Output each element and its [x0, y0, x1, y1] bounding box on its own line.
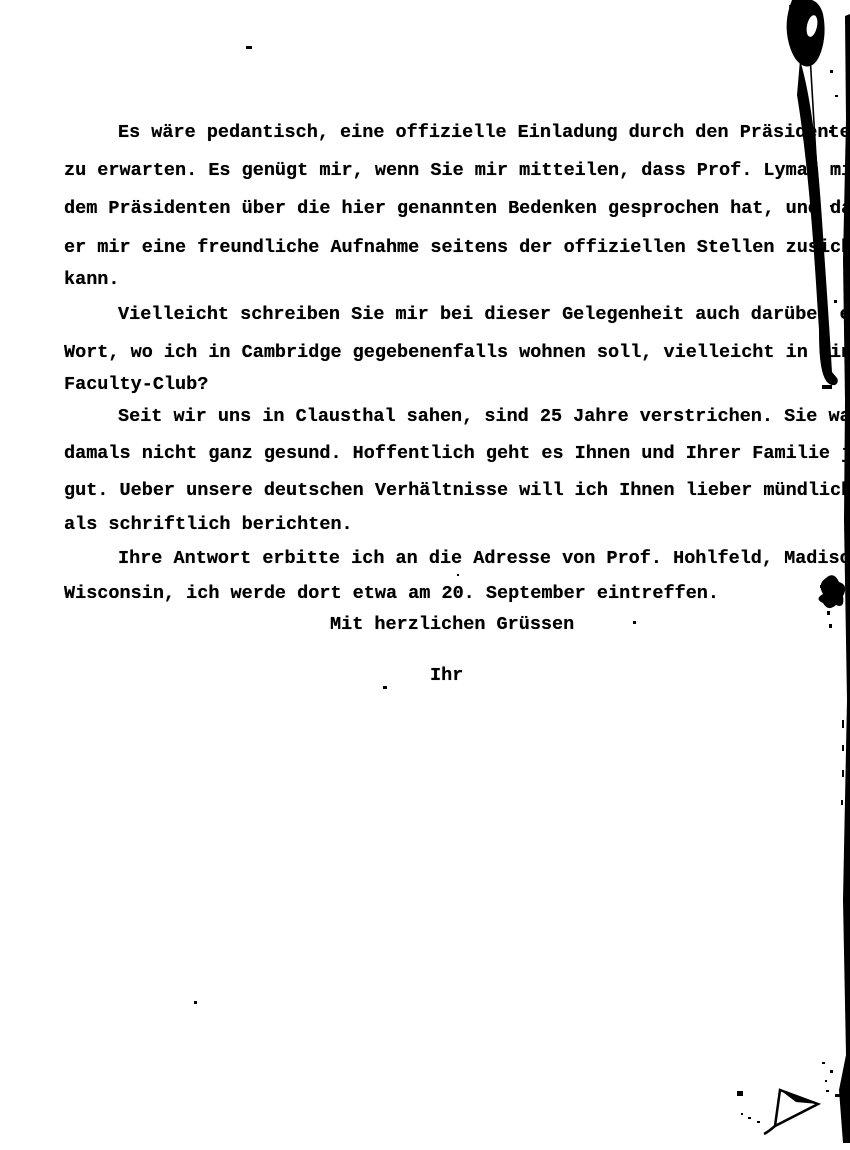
letter-line: Wort, wo ich in Cambridge gegebenenfalls…	[64, 343, 850, 363]
letter-line: zu erwarten. Es genügt mir, wenn Sie mir…	[64, 161, 850, 181]
letter-page: Es wäre pedantisch, eine offizielle Einl…	[0, 0, 850, 1150]
letter-line: Vielleicht schreiben Sie mir bei dieser …	[64, 305, 850, 325]
letter-line: dem Präsidenten über die hier genannten …	[64, 199, 850, 219]
letter-line: damals nicht ganz gesund. Hoffentlich ge…	[64, 444, 850, 464]
letter-line: als schriftlich berichten.	[64, 515, 850, 535]
ink-stain-streak	[787, 0, 838, 389]
letter-line: kann.	[64, 270, 850, 290]
letter-line: Es wäre pedantisch, eine offizielle Einl…	[64, 123, 850, 143]
letter-line: Wisconsin, ich werde dort etwa am 20. Se…	[64, 584, 850, 604]
arrow-ink-mark	[737, 1062, 840, 1134]
letter-closing-line: Mit herzlichen Grüssen	[330, 615, 850, 635]
letter-line: Faculty-Club?	[64, 375, 850, 395]
letter-line: Seit wir uns in Clausthal sahen, sind 25…	[64, 407, 850, 427]
letter-line: Ihre Antwort erbitte ich an die Adresse …	[64, 549, 850, 569]
letter-signature-line: Ihr	[430, 666, 850, 686]
letter-line: er mir eine freundliche Aufnahme seitens…	[64, 238, 850, 258]
letter-line: gut. Ueber unsere deutschen Verhältnisse…	[64, 481, 850, 501]
scan-edge-bar	[839, 14, 850, 1143]
